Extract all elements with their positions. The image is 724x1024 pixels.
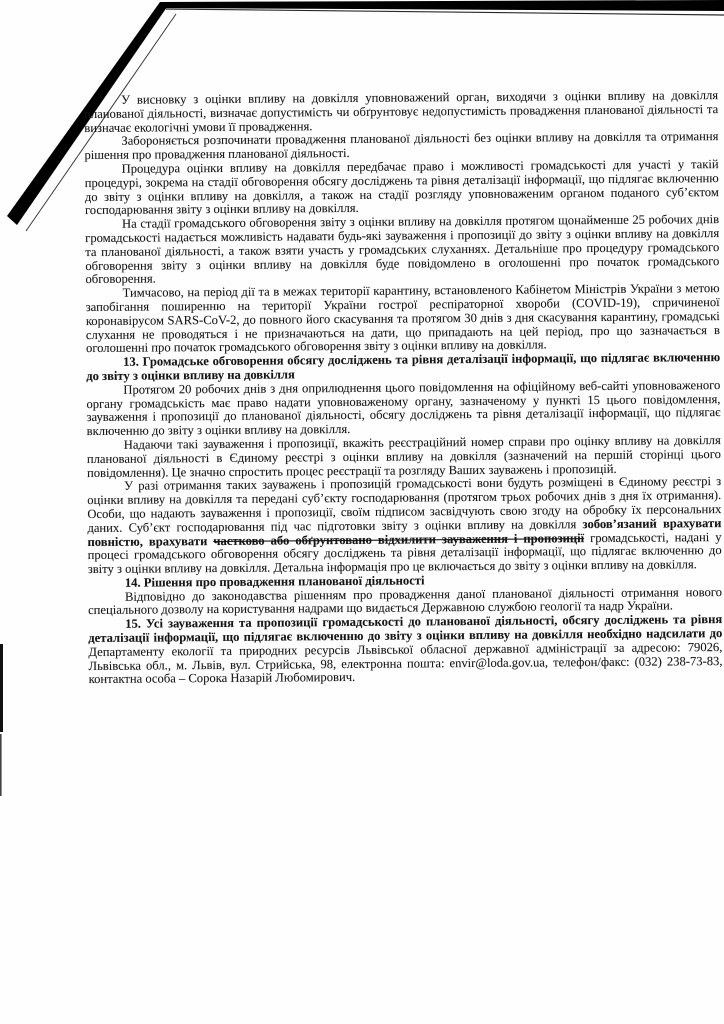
paragraph-quarantine-covid: Тимчасово, на період дії та в межах тери… xyxy=(86,282,721,356)
scan-top-edge-thin-line xyxy=(166,9,724,15)
section-15-contact-details: Департаменту екології та природних ресур… xyxy=(88,640,722,687)
paragraph-section-15-contacts: 15. Усі зауваження та пропозиції громадс… xyxy=(88,613,723,687)
paragraph-20-working-days: Протягом 20 робочих днів з дня оприлюдне… xyxy=(86,379,720,439)
scan-left-edge-mark xyxy=(0,644,3,732)
paragraph-conclusion-determination: У висновку з оцінки впливу на довкілля у… xyxy=(84,89,718,135)
paragraph-registration-number: Надаючи такі зауваження і пропозиції, вк… xyxy=(87,434,721,480)
scanned-document-page: У висновку з оцінки впливу на довкілля у… xyxy=(0,0,724,1024)
paragraph-comments-processing: У разі отримання таких зауважень і пропо… xyxy=(87,475,722,577)
scan-top-edge-mark xyxy=(160,0,724,11)
paragraph-public-discussion-25-days: На стадії громадського обговорення звіту… xyxy=(85,213,720,287)
paragraph-procedure-public-rights: Процедура оцінки впливу на довкілля пере… xyxy=(85,158,719,218)
document-body: У висновку з оцінки впливу на довкілля у… xyxy=(84,89,723,687)
scan-left-edge-mark-thin xyxy=(0,734,2,796)
